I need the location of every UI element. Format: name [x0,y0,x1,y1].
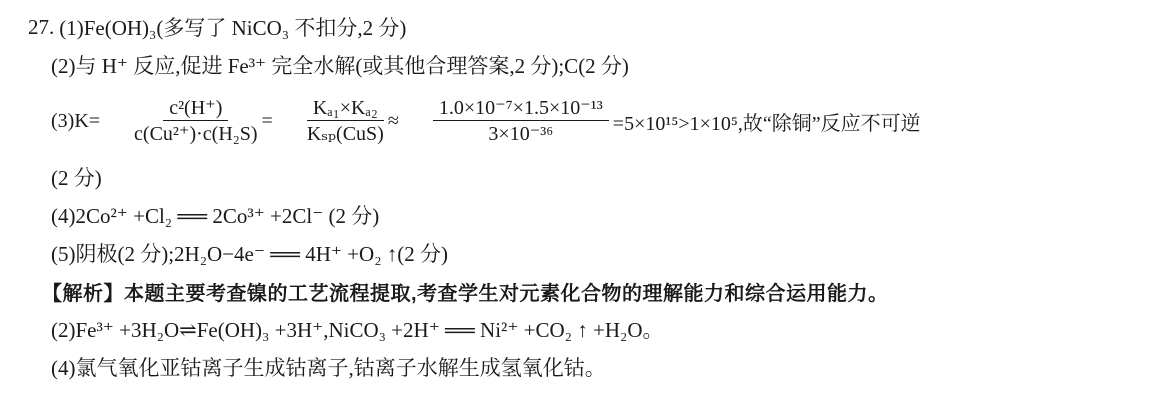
analysis-note-4-text: (4)氯气氧化亚钴离子生成钴离子,钴离子水解生成氢氧化钴。 [51,352,606,382]
fraction-denominator: c(Cu²⁺)·c(H₂S) [134,122,258,145]
answer-line-5: (5)阴极(2 分);2H₂O−4e⁻ ══ 4H⁺ +O₂ ↑(2 分) [0,234,1165,272]
answer-5-text: (5)阴极(2 分);2H₂O−4e⁻ ══ 4H⁺ +O₂ ↑(2 分) [51,238,448,268]
fraction-numerator: 1.0×10⁻⁷×1.5×10⁻¹³ [433,97,609,121]
approx-sign: ≈ [388,110,399,133]
analysis-heading-text: 【解析】本题主要考查镍的工艺流程提取,考查学生对元素化合物的理解能力和综合运用能… [42,277,889,306]
answer-line-1: 27.(1)Fe(OH)₃(多写了 NiCO₃ 不扣分,2 分) [0,8,1165,46]
answer-1-text: (1)Fe(OH)₃(多写了 NiCO₃ 不扣分,2 分) [59,12,406,42]
fraction-equilibrium-constants: Kₐ₁×Kₐ₂ Kₛₚ(CuS) [277,69,384,173]
question-number: 27. [28,15,54,40]
fraction-numeric: 1.0×10⁻⁷×1.5×10⁻¹³ 3×10⁻³⁶ [403,69,609,173]
fraction-numerator: c²(H⁺) [163,97,228,121]
formula-prefix: (3)K= [51,110,100,133]
analysis-note-2-text: (2)Fe³⁺ +3H₂O⇌Fe(OH)₃ +3H⁺,NiCO₃ +2H⁺ ══… [51,314,664,344]
answer-key-document: 27.(1)Fe(OH)₃(多写了 NiCO₃ 不扣分,2 分) (2)与 H⁺… [0,0,1165,386]
fraction-denominator: 3×10⁻³⁶ [488,122,553,145]
fraction-concentration: c²(H⁺) c(Cu²⁺)·c(H₂S) [104,69,258,173]
equals-sign: = [262,110,273,133]
answer-4-text: (4)2Co²⁺ +Cl₂ ══ 2Co³⁺ +2Cl⁻ (2 分) [51,200,379,230]
answer-line-3-formula: (3)K= c²(H⁺) c(Cu²⁺)·c(H₂S) = Kₐ₁×Kₐ₂ Kₛ… [0,84,1165,158]
answer-line-4: (4)2Co²⁺ +Cl₂ ══ 2Co³⁺ +2Cl⁻ (2 分) [0,196,1165,234]
analysis-note-2: (2)Fe³⁺ +3H₂O⇌Fe(OH)₃ +3H⁺,NiCO₃ +2H⁺ ══… [0,310,1165,348]
analysis-heading: 【解析】本题主要考查镍的工艺流程提取,考查学生对元素化合物的理解能力和综合运用能… [0,272,1165,310]
fraction-numerator: Kₐ₁×Kₐ₂ [307,97,384,121]
score-text: (2 分) [51,162,102,192]
analysis-note-4: (4)氯气氧化亚钴离子生成钴离子,钴离子水解生成氢氧化钴。 [0,348,1165,386]
fraction-denominator: Kₛₚ(CuS) [307,122,384,145]
formula-result: =5×10¹⁵>1×10⁵,故“除铜”反应不可逆 [613,107,921,136]
